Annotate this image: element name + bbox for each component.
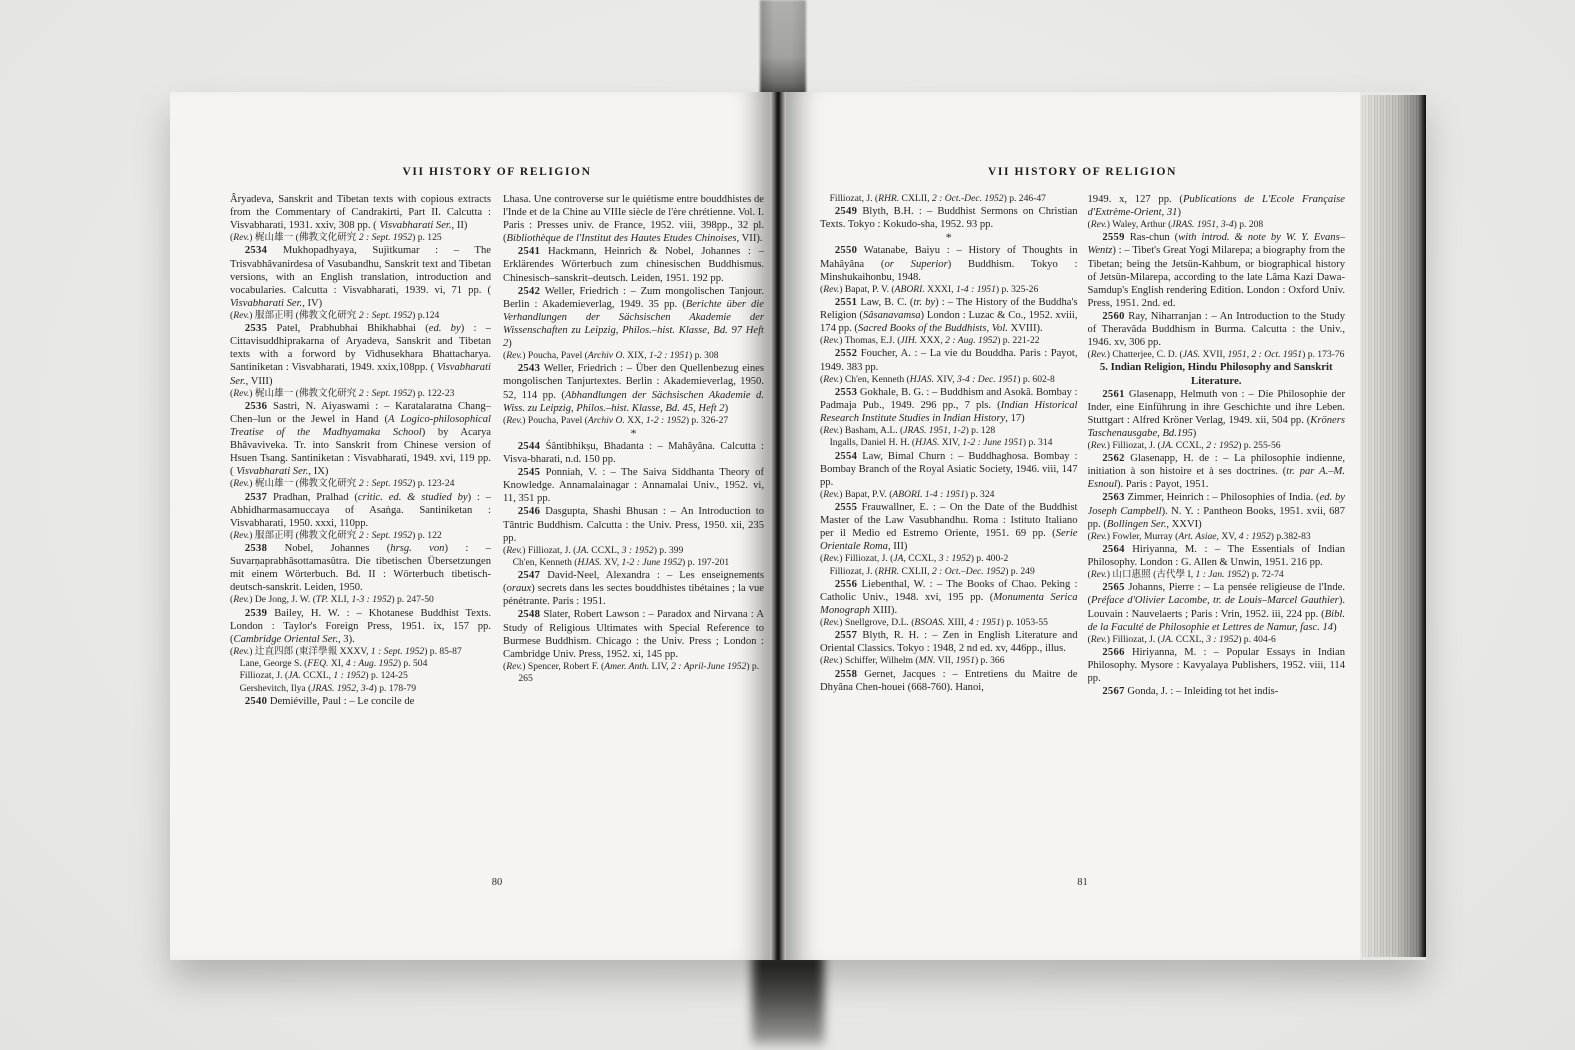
running-header: VII HISTORY OF RELIGION: [230, 166, 764, 178]
review-line: (Rev.) Filliozat, J. (JA. CCXL, 3 : 1952…: [503, 545, 764, 557]
book-spine-bottom-shadow: [752, 952, 824, 1050]
text-columns: Âryadeva, Sanskrit and Tibetan texts wit…: [230, 193, 764, 876]
entry-number: 2561: [1102, 389, 1124, 400]
entry-number: 2566: [1102, 647, 1124, 658]
review-line: (Rev.) Ch'en, Kenneth (HJAS. XIV, 3-4 : …: [820, 374, 1078, 386]
entry-number: 2542: [518, 286, 540, 297]
review-line: (Rev.) Snellgrove, D.L. (BSOAS. XIII, 4 …: [820, 617, 1078, 629]
entry-number: 2557: [835, 630, 857, 641]
entry-number: 2539: [245, 608, 267, 619]
bib-entry: 2565 Johanns, Pierre : – La pensée relig…: [1088, 581, 1346, 633]
entry-number: 2546: [518, 506, 540, 517]
separator-star: *: [503, 427, 764, 440]
review-line: (Rev.) Filliozat, J. (JA. CCXL, 3 : 1952…: [1088, 634, 1346, 646]
entry-number: 2537: [245, 492, 267, 503]
bib-entry: 2545 Ponniah, V. : – The Saiva Siddhanta…: [503, 466, 764, 505]
bib-entry: 2555 Frauwallner, E. : – On the Date of …: [820, 501, 1078, 553]
review-line: (Rev.) Thomas, E.J. (JIH. XXX, 2 : Aug. …: [820, 335, 1078, 347]
entry-number: 2559: [1102, 232, 1124, 243]
bib-entry: 2539 Bailey, H. W. : – Khotanese Buddhis…: [230, 607, 491, 646]
review-line: Filliozat, J. (RHR. CXLII, 2 : Oct.–Dec.…: [820, 566, 1078, 578]
bib-entry: 2538 Nobel, Johannes (hrsg. von) : – Suv…: [230, 542, 491, 594]
review-line: (Rev.) 服部正明 (佛教文化研究 2 : Sept. 1952) p. 1…: [230, 530, 491, 542]
entry-number: 2535: [245, 323, 267, 334]
entry-number: 2562: [1102, 453, 1124, 464]
entry-number: 2563: [1102, 492, 1124, 503]
bib-entry: 2550 Watanabe, Baiyu : – History of Thou…: [820, 244, 1078, 283]
bib-entry: Âryadeva, Sanskrit and Tibetan texts wit…: [230, 193, 491, 232]
entry-number: 2540: [245, 696, 267, 707]
entry-number: 2554: [835, 451, 857, 462]
bib-entry: 2566 Hiriyanna, M. : – Popular Essays in…: [1088, 646, 1346, 685]
bib-entry: 2562 Glasenapp, H. de : – La philosophie…: [1088, 452, 1346, 491]
review-line: (Rev.) Waley, Arthur (JRAS. 1951, 3-4) p…: [1088, 219, 1346, 231]
review-line: (Rev.) Filliozat, J. (JA, CCXL, 3 : 1952…: [820, 553, 1078, 565]
bib-entry: 2557 Blyth, R. H. : – Zen in English Lit…: [820, 629, 1078, 655]
review-line: Gershevitch, Ilya (JRAS. 1952, 3-4) p. 1…: [230, 683, 491, 695]
text-column: Lhasa. Une controverse sur le quiétisme …: [503, 193, 764, 876]
entry-number: 2549: [835, 206, 857, 217]
review-line: Ingalls, Daniel H. H. (HJAS. XIV, 1-2 : …: [820, 437, 1078, 449]
page-number: 81: [820, 877, 1345, 888]
entry-number: 2553: [835, 387, 857, 398]
bib-entry: 2551 Law, B. C. (tr. by) : – The History…: [820, 296, 1078, 335]
entry-number: 2548: [518, 609, 540, 620]
review-line: (Rev.) Basham, A.L. (JRAS. 1951, 1-2) p.…: [820, 425, 1078, 437]
page-right: VII HISTORY OF RELIGION Filliozat, J. (R…: [786, 92, 1360, 960]
bib-entry: 2559 Ras-chun (with introd. & note by W.…: [1088, 231, 1346, 310]
page-number: 80: [230, 877, 764, 888]
bib-entry: Lhasa. Une controverse sur le quiétisme …: [503, 193, 764, 245]
review-line: (Rev.) 梶山雄一 (佛教文化研究 2 : Sept. 1952) p. 1…: [230, 232, 491, 244]
entry-number: 2544: [518, 441, 540, 452]
review-line: (Rev.) Spencer, Robert F. (Amer. Anth. L…: [503, 661, 764, 685]
review-line: (Rev.) Schiffer, Wilhelm (MN. VII, 1951)…: [820, 655, 1078, 667]
book-spine-top: [760, 0, 806, 102]
review-line: Ch'en, Kenneth (HJAS. XV, 1-2 : June 195…: [503, 557, 764, 569]
review-line: (Rev.) Fowler, Murray (Art. Asiae, XV, 4…: [1088, 531, 1346, 543]
entry-number: 2545: [518, 467, 540, 478]
bib-entry: 2563 Zimmer, Heinrich : – Philosophies o…: [1088, 491, 1346, 530]
text-column: Filliozat, J. (RHR. CXLII, 2 : Oct.-Dec.…: [820, 193, 1078, 876]
review-line: (Rev.) Filliozat, J. (JA. CCXL, 2 : 1952…: [1088, 440, 1346, 452]
bib-entry: 2556 Liebenthal, W. : – The Books of Cha…: [820, 578, 1078, 617]
entry-number: 2555: [835, 502, 857, 513]
running-header: VII HISTORY OF RELIGION: [820, 166, 1345, 178]
entry-number: 2564: [1102, 544, 1124, 555]
review-line: (Rev.) 服部正明 (佛教文化研究 2 : Sept. 1952) p.12…: [230, 310, 491, 322]
entry-number: 2543: [518, 363, 540, 374]
open-book-spread: VII HISTORY OF RELIGION Âryadeva, Sanskr…: [170, 92, 1426, 960]
bib-entry: 2552 Foucher, A. : – La vie du Bouddha. …: [820, 347, 1078, 373]
review-line: (Rev.) Chatterjee, C. D. (JAS. XVII, 195…: [1088, 349, 1346, 361]
bib-entry: 2553 Gokhale, B. G. : – Buddhism and Aso…: [820, 386, 1078, 425]
review-line: (Rev.) 辻直四郎 (東洋學報 XXXV, 1 : Sept. 1952) …: [230, 646, 491, 658]
review-line: (Rev.) Bapat, P. V. (ABORI. XXXI, 1-4 : …: [820, 284, 1078, 296]
bib-entry: 2567 Gonda, J. : – Inleiding tot het ind…: [1088, 685, 1346, 698]
entry-number: 2552: [835, 348, 857, 359]
entry-number: 2567: [1102, 686, 1124, 697]
text-columns: Filliozat, J. (RHR. CXLII, 2 : Oct.-Dec.…: [820, 193, 1345, 876]
bib-entry: 2554 Law, Bimal Churn : – Buddhaghosa. B…: [820, 450, 1078, 489]
page-left: VII HISTORY OF RELIGION Âryadeva, Sanskr…: [170, 92, 770, 960]
bib-entry: 2561 Glasenapp, Helmuth von : – Die Phil…: [1088, 388, 1346, 440]
review-line: (Rev.) 梶山雄一 (佛教文化研究 2 : Sept. 1952) p. 1…: [230, 478, 491, 490]
entry-number: 2560: [1102, 311, 1124, 322]
separator-star: *: [820, 231, 1078, 244]
text-column: 1949. x, 127 pp. (Publications de L'Ecol…: [1088, 193, 1346, 876]
bib-entry: 2536 Sastri, N. Aiyaswami : – Karatalara…: [230, 400, 491, 479]
review-line: Filliozat, J. (JA. CCXL, 1 : 1952) p. 12…: [230, 670, 491, 682]
bib-entry: 2549 Blyth, B.H. : – Buddhist Sermons on…: [820, 205, 1078, 231]
bib-entry: 2540 Demiéville, Paul : – Le concile de: [230, 695, 491, 708]
entry-number: 2534: [245, 245, 267, 256]
entry-number: 2558: [835, 669, 857, 680]
section-heading: 5. Indian Religion, Hindu Philosophy and…: [1088, 361, 1346, 387]
review-line: (Rev.) Bapat, P.V. (ABORI. 1-4 : 1951) p…: [820, 489, 1078, 501]
book-gutter: [770, 92, 786, 960]
bib-entry: 2564 Hiriyanna, M. : – The Essentials of…: [1088, 543, 1346, 569]
bib-entry: 2541 Hackmann, Heinrich & Nobel, Johanne…: [503, 245, 764, 284]
bib-entry: 2537 Pradhan, Pralhad (critic. ed. & stu…: [230, 491, 491, 530]
bib-entry: 2535 Patel, Prabhubhai Bhikhabhai (ed. b…: [230, 322, 491, 387]
entry-number: 2536: [245, 401, 267, 412]
entry-number: 2547: [518, 570, 540, 581]
bib-entry: 2558 Gernet, Jacques : – Entretiens du M…: [820, 668, 1078, 694]
review-line: (Rev.) 山口惠照 (古代學 I, 1 : Jan. 1952) p. 72…: [1088, 569, 1346, 581]
bib-entry: 2543 Weller, Friedrich : – Über den Quel…: [503, 362, 764, 414]
entry-number: 2541: [518, 246, 540, 257]
bib-entry: 2546 Dasgupta, Shashi Bhusan : – An Intr…: [503, 505, 764, 544]
bib-entry: 2548 Slater, Robert Lawson : – Paradox a…: [503, 608, 764, 660]
book-photo: VII HISTORY OF RELIGION Âryadeva, Sanskr…: [0, 0, 1575, 1050]
entry-number: 2538: [245, 543, 267, 554]
text-column: Âryadeva, Sanskrit and Tibetan texts wit…: [230, 193, 491, 876]
review-line: (Rev.) De Jong, J. W. (TP. XLI, 1-3 : 19…: [230, 594, 491, 606]
page-stack-fore-edge: [1360, 95, 1426, 957]
entry-number: 2551: [835, 297, 857, 308]
bib-entry: 2534 Mukhopadhyaya, Sujitkumar : – The T…: [230, 244, 491, 309]
bib-entry: 2547 David-Neel, Alexandra : – Les ensei…: [503, 569, 764, 608]
review-line: (Rev.) 梶山雄一 (佛教文化研究 2 : Sept. 1952) p. 1…: [230, 388, 491, 400]
entry-number: 2556: [835, 579, 857, 590]
bib-entry: 2544 Śântibhikṣu, Bhadanta : – Mahâyâna.…: [503, 440, 764, 466]
bib-entry: 2542 Weller, Friedrich : – Zum mongolisc…: [503, 285, 764, 350]
review-line: Lane, George S. (FEQ. XI, 4 : Aug. 1952)…: [230, 658, 491, 670]
entry-number: 2550: [835, 245, 857, 256]
review-line: Filliozat, J. (RHR. CXLII, 2 : Oct.-Dec.…: [820, 193, 1078, 205]
bib-entry: 2560 Ray, Niharranjan : – An Introductio…: [1088, 310, 1346, 349]
review-line: (Rev.) Poucha, Pavel (Archiv O. XIX, 1-2…: [503, 350, 764, 362]
bib-entry: 1949. x, 127 pp. (Publications de L'Ecol…: [1088, 193, 1346, 219]
entry-number: 2565: [1102, 582, 1124, 593]
